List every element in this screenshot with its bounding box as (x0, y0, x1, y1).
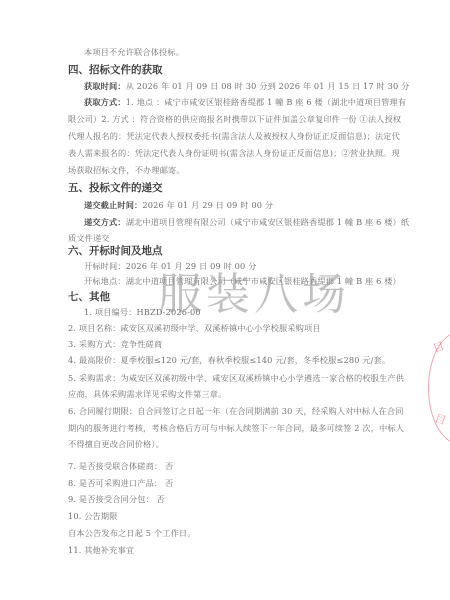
submit-method-label: 递交方式： (84, 217, 126, 227)
document-page: 本项目不允许联合体投标。 四、招标文件的获取 获取时间：从 2026 年 01 … (0, 0, 450, 600)
stamp-char: 目 (433, 410, 449, 429)
acquire-time-label: 获取时间： (84, 81, 126, 91)
acquire-method-line: 限公司）2. 方式 ：符合资格的供应商报名时携带以下证件加盖公章复印件一份 ①法… (68, 113, 401, 125)
opening-place-label: 开标地点： (84, 276, 126, 286)
acquire-method-line: 场获取招标文件，不办理邮寄。 (68, 164, 185, 176)
acquire-method: 获取方式：1. 地点 ：咸宁市咸安区银桂路香缇郡 1 幢 B 座 6 楼（湖北中… (84, 96, 406, 108)
submit-deadline: 递交截止时间：2026 年 01 月 29 日 09 时 00 分 (84, 199, 273, 211)
acquire-time-value: 从 2026 年 01 月 09 日 08 时 30 分到 2026 年 01 … (126, 81, 410, 91)
other-item: 不得擅自更改合同价格）。 (68, 438, 164, 450)
other-item: 11. 其他补充事宜 (68, 544, 134, 556)
opening-time: 开标时间：2026 年 01 月 29 日 09 时 00 分 (84, 260, 256, 272)
other-item: 4. 最高限价：夏季校服≤120 元/套，春秋季校服≤140 元/套，冬季校服≤… (68, 354, 390, 366)
acquire-time: 获取时间：从 2026 年 01 月 09 日 08 时 30 分到 2026 … (84, 80, 409, 92)
section6-heading: 六、开标时间及地点 (68, 244, 163, 258)
red-seal-stamp: 目 目 (428, 332, 450, 444)
section5-heading: 五、投标文件的递交 (68, 181, 163, 195)
acquire-method-line: 表人需来报名的：凭法定代表人身份证明书(需含法人身份证正反面信息)；②营业执照。… (68, 147, 400, 159)
acquire-method-line: 1. 地点 ：咸宁市咸安区银桂路香缇郡 1 幢 B 座 6 楼（湖北中道项目管理… (126, 97, 406, 107)
opening-place-value: 湖北中道项目管理有限公司（咸宁市咸安区银桂路香缇郡 1 幢 B 座 6 楼） (126, 276, 401, 286)
other-item: 7. 是否接受联合体磋商： 否 (68, 460, 173, 472)
other-item: 期内的服务进行考核，考核合格后方可与中标人续签下一年合同，最多可续签 2 次，中… (68, 422, 404, 434)
other-item: 应商，具体采购需求详见采购文件第三章。 (68, 388, 226, 400)
section7-heading: 七、其他 (68, 290, 110, 304)
other-item: 8. 是否可采购进口产品： 否 (68, 477, 173, 489)
acquire-method-label: 获取方式： (84, 97, 126, 107)
submit-method-value: 湖北中道项目管理有限公司（咸宁市咸安区银桂路香缇郡 1 幢 B 座 6 楼）纸 (126, 217, 410, 227)
submit-method-cont: 质文件递交 (68, 232, 110, 244)
other-item: 2. 项目名称：咸安区双溪初级中学、双溪桥镇中心小学校服采购项目 (68, 322, 321, 334)
section4-heading: 四、招标文件的获取 (68, 63, 163, 77)
other-item: 9. 是否接受合同分包： 否 (68, 493, 165, 505)
opening-time-value: 2026 年 01 月 29 日 09 时 00 分 (126, 261, 257, 271)
acquire-method-line: 代理人报名的：凭法定代表人授权委托书(需含法人及被授权人身份证正反面信息)；法定… (68, 130, 400, 142)
stamp-char: 目 (431, 338, 447, 357)
no-consortium-note: 本项目不允许联合体投标。 (84, 46, 184, 58)
opening-time-label: 开标时间： (84, 261, 126, 271)
other-item: 自本公告发布之日起 5 个工作日。 (68, 527, 196, 539)
submit-method: 递交方式：湖北中道项目管理有限公司（咸宁市咸安区银桂路香缇郡 1 幢 B 座 6… (84, 216, 409, 228)
other-item: 6. 合同履行期限：自合同签订之日起一年（在合同期满前 30 天，经采购人对中标… (68, 405, 404, 417)
submit-deadline-label: 递交截止时间： (84, 200, 142, 210)
other-item: 3. 采购方式：竞争性磋商 (68, 338, 162, 350)
other-item: 10. 公告期限 (68, 510, 118, 522)
opening-place: 开标地点：湖北中道项目管理有限公司（咸宁市咸安区银桂路香缇郡 1 幢 B 座 6… (84, 275, 401, 287)
other-item: 1. 项目编号：HBZD-2026-00 (84, 306, 201, 318)
other-item: 5. 采购需求：为咸安区双溪初级中学、咸安区双溪桥镇中心小学遴选一家合格的校服生… (68, 372, 404, 384)
submit-deadline-value: 2026 年 01 月 29 日 09 时 00 分 (142, 200, 273, 210)
